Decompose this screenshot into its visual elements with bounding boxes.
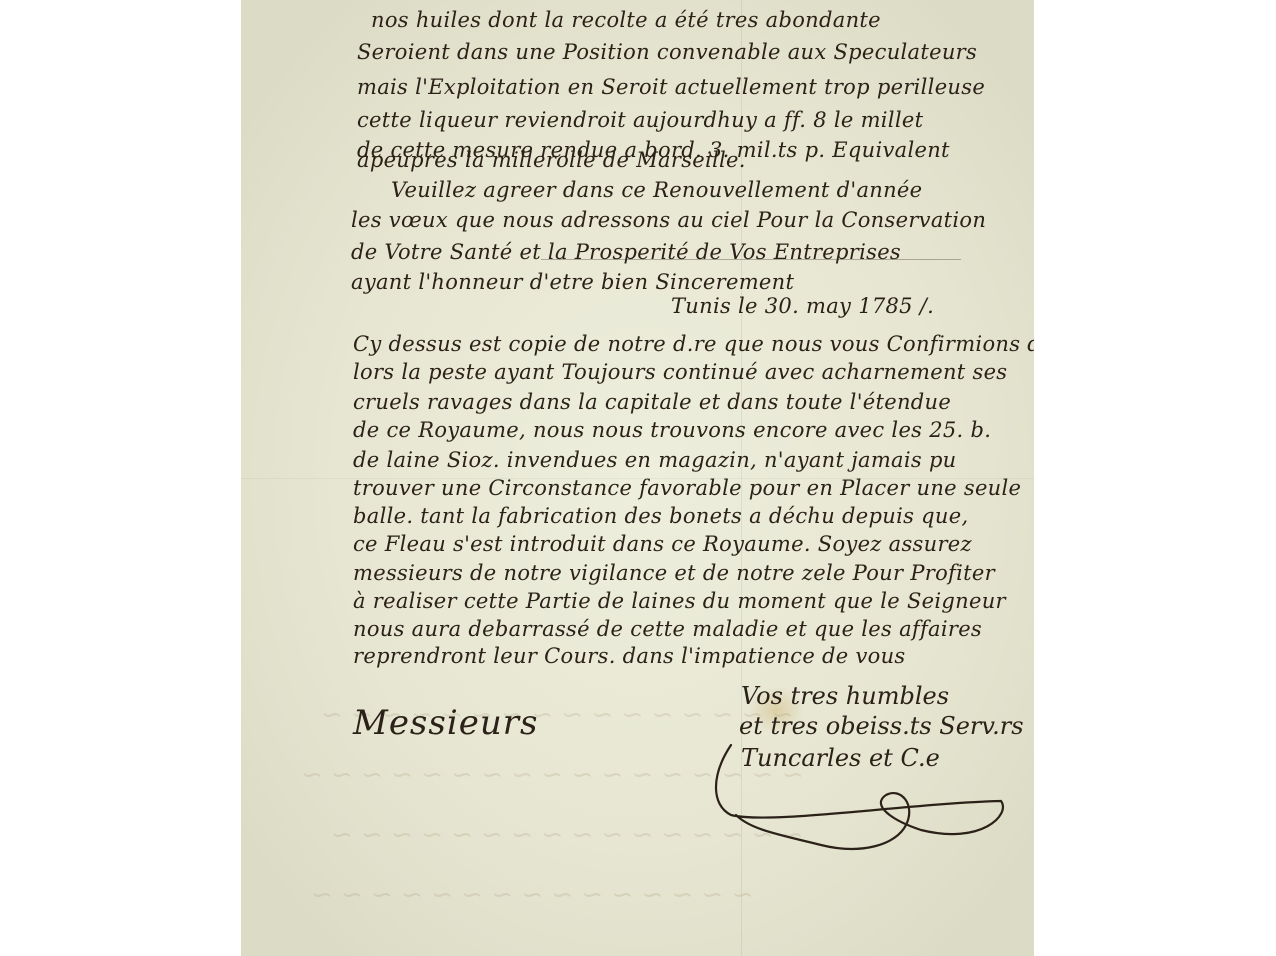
letter-line: à realiser cette Partie de laines du mom…	[353, 591, 1006, 612]
signature-line-1: Vos tres humbles	[741, 684, 949, 708]
letter-line: de ce Royaume, nous nous trouvons encore…	[353, 420, 991, 441]
letter-line: les vœux que nous adressons au ciel Pour…	[351, 210, 986, 231]
letter-line: lors la peste ayant Toujours continué av…	[353, 362, 1007, 383]
signature-flourish-icon	[711, 735, 1011, 855]
letter-line: nous aura debarrassé de cette maladie et…	[353, 619, 982, 640]
letter-line: ayant l'honneur d'etre bien Sincerement	[351, 272, 794, 293]
salutation: Messieurs	[353, 706, 538, 740]
letter-line: de laine Sioz. invendues en magazin, n'a…	[353, 450, 957, 471]
underline-rule	[541, 259, 961, 260]
letter-line: messieurs de notre vigilance et de notre…	[353, 563, 995, 584]
letter-line: mais l'Exploitation en Seroit actuelleme…	[357, 77, 985, 98]
dateline: Tunis le 30. may 1785 /.	[671, 296, 934, 317]
letter-line: trouver une Circonstance favorable pour …	[353, 478, 1021, 499]
letter-line: cette liqueur reviendroit aujourdhuy a f…	[357, 110, 923, 131]
letter-line: reprendront leur Cours. dans l'impatienc…	[353, 646, 906, 667]
letter-line: cruels ravages dans la capitale et dans …	[353, 392, 951, 413]
show-through-text: ~ ~ ~ ~ ~ ~ ~ ~ ~ ~ ~ ~ ~ ~ ~	[311, 880, 753, 910]
image-canvas: ~ ~ ~ ~ ~ ~ ~ ~ ~ ~ ~ ~ ~ ~ ~ ~ ~ ~ ~ ~ …	[0, 0, 1276, 956]
letter-line: Cy dessus est copie de notre d.re que no…	[353, 334, 1034, 355]
letter-page: ~ ~ ~ ~ ~ ~ ~ ~ ~ ~ ~ ~ ~ ~ ~ ~ ~ ~ ~ ~ …	[241, 0, 1034, 956]
letter-line: Seroient dans une Position convenable au…	[357, 42, 977, 63]
letter-line: Veuillez agreer dans ce Renouvellement d…	[391, 180, 922, 201]
letter-line: balle. tant la fabrication des bonets a …	[353, 506, 968, 527]
letter-line: ce Fleau s'est introduit dans ce Royaume…	[353, 534, 972, 555]
letter-line: nos huiles dont la recolte a été tres ab…	[371, 10, 881, 31]
letter-line-6: apeupres la millerolle de Marseille.	[357, 150, 746, 171]
